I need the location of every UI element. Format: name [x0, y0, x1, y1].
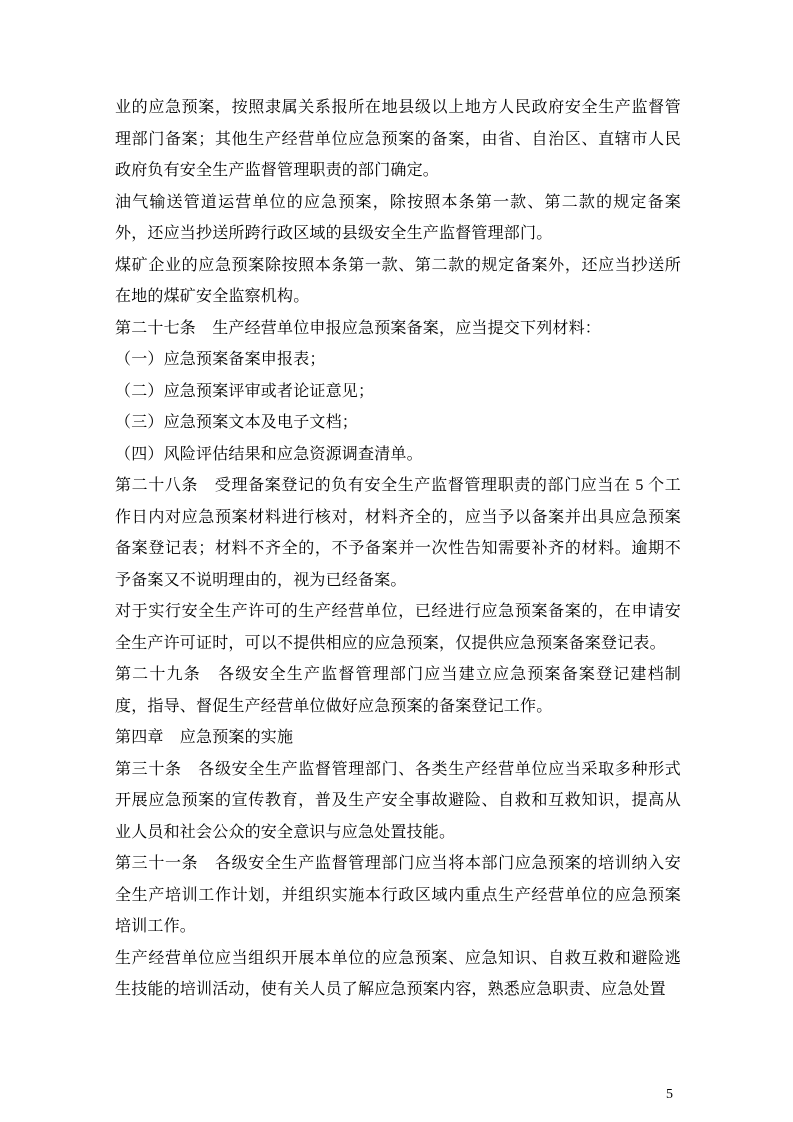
list-item-1: （一）应急预案备案申报表；: [115, 344, 681, 376]
page-number: 5: [115, 1087, 673, 1103]
list-item-3: （三）应急预案文本及电子文档；: [115, 407, 681, 439]
article-30: 第三十条 各级安全生产监督管理部门、各类生产经营单位应当采取多种形式开展应急预案…: [115, 754, 681, 849]
paragraph: 煤矿企业的应急预案除按照本条第一款、第二款的规定备案外，还应当抄送所在地的煤矿安…: [115, 250, 681, 313]
list-item-2: （二）应急预案评审或者论证意见；: [115, 376, 681, 408]
paragraph-continued: 业的应急预案，按照隶属关系报所在地县级以上地方人民政府安全生产监督管理部门备案；…: [115, 92, 681, 187]
paragraph: 油气输送管道运营单位的应急预案，除按照本条第一款、第二款的规定备案外，还应当抄送…: [115, 187, 681, 250]
document-page: 业的应急预案，按照隶属关系报所在地县级以上地方人民政府安全生产监督管理部门备案；…: [0, 0, 793, 1122]
article-28: 第二十八条 受理备案登记的负有安全生产监督管理职责的部门应当在 5 个工作日内对…: [115, 470, 681, 596]
document-body: 业的应急预案，按照隶属关系报所在地县级以上地方人民政府安全生产监督管理部门备案；…: [115, 92, 681, 1006]
article-27: 第二十七条 生产经营单位申报应急预案备案，应当提交下列材料：: [115, 313, 681, 345]
paragraph-continues-next-page: 生产经营单位应当组织开展本单位的应急预案、应急知识、自救互救和避险逃生技能的培训…: [115, 943, 681, 1006]
chapter-4-heading: 第四章 应急预案的实施: [115, 722, 681, 754]
paragraph: 对于实行安全生产许可的生产经营单位，已经进行应急预案备案的，在申请安全生产许可证…: [115, 596, 681, 659]
article-29: 第二十九条 各级安全生产监督管理部门应当建立应急预案备案登记建档制度，指导、督促…: [115, 659, 681, 722]
list-item-4: （四）风险评估结果和应急资源调查清单。: [115, 439, 681, 471]
article-31: 第三十一条 各级安全生产监督管理部门应当将本部门应急预案的培训纳入安全生产培训工…: [115, 848, 681, 943]
